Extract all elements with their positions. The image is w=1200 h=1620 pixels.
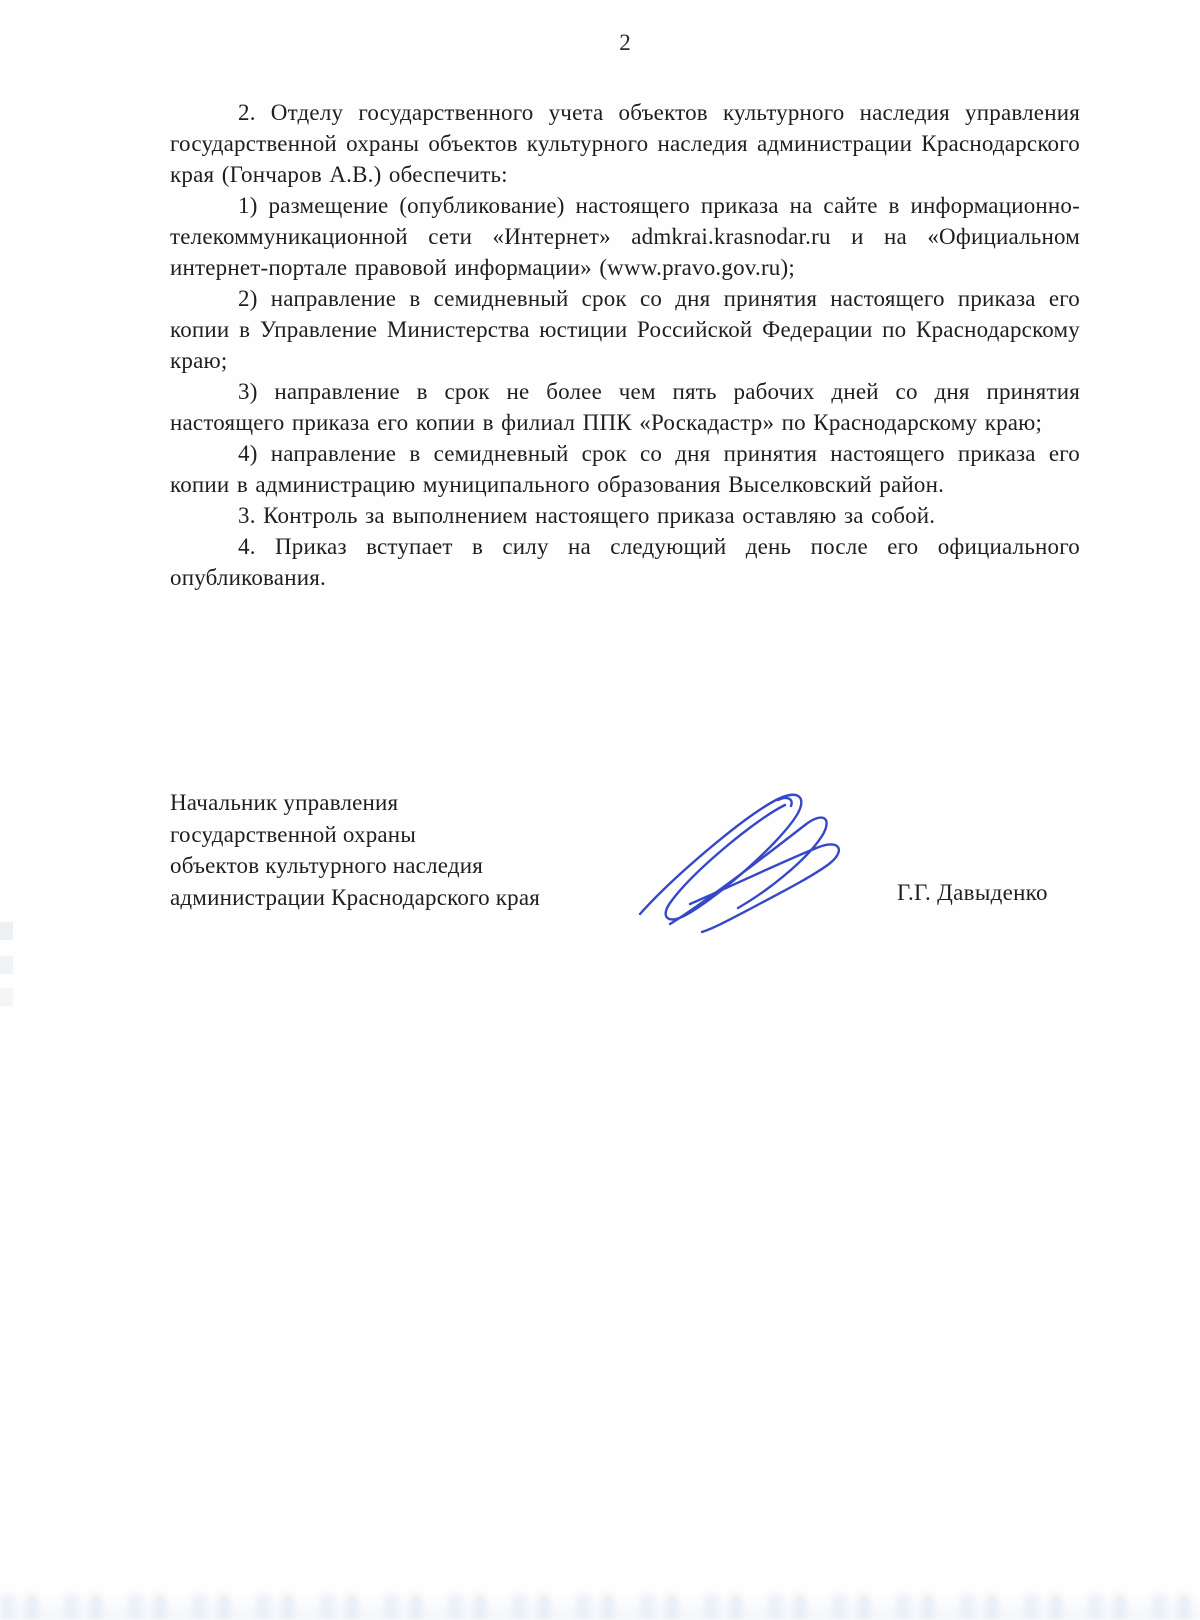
paragraph-order-item-2: 2. Отделу государственного учета объекто… — [170, 97, 1080, 190]
paragraph-subitem-4: 4) направление в семидневный срок со дня… — [170, 438, 1080, 500]
scan-edge-artifact — [0, 956, 13, 974]
document-body: 2. Отделу государственного учета объекто… — [170, 97, 1080, 593]
paragraph-subitem-1: 1) размещение (опубликование) настоящего… — [170, 190, 1080, 283]
signatory-position-line: Начальник управления — [170, 787, 690, 819]
paragraph-subitem-2: 2) направление в семидневный срок со дня… — [170, 283, 1080, 376]
handwritten-signature-ink — [628, 786, 873, 934]
scan-bleed-through-band — [0, 1594, 1200, 1620]
scan-edge-artifact — [0, 922, 13, 940]
page-number: 2 — [170, 30, 1080, 56]
signatory-position-line: администрации Краснодарского края — [170, 882, 690, 914]
paragraph-subitem-3: 3) направление в срок не более чем пять … — [170, 376, 1080, 438]
signatory-position: Начальник управления государственной охр… — [170, 787, 690, 913]
document-page: 2 2. Отделу государственного учета объек… — [0, 0, 1200, 1620]
scan-edge-artifact — [0, 988, 13, 1006]
signatory-position-line: государственной охраны — [170, 819, 690, 851]
signatory-position-line: объектов культурного наследия — [170, 850, 690, 882]
paragraph-order-item-3: 3. Контроль за выполнением настоящего пр… — [170, 500, 1080, 531]
paragraph-order-item-4: 4. Приказ вступает в силу на следующий д… — [170, 531, 1080, 593]
signatory-name: Г.Г. Давыденко — [897, 880, 1048, 906]
